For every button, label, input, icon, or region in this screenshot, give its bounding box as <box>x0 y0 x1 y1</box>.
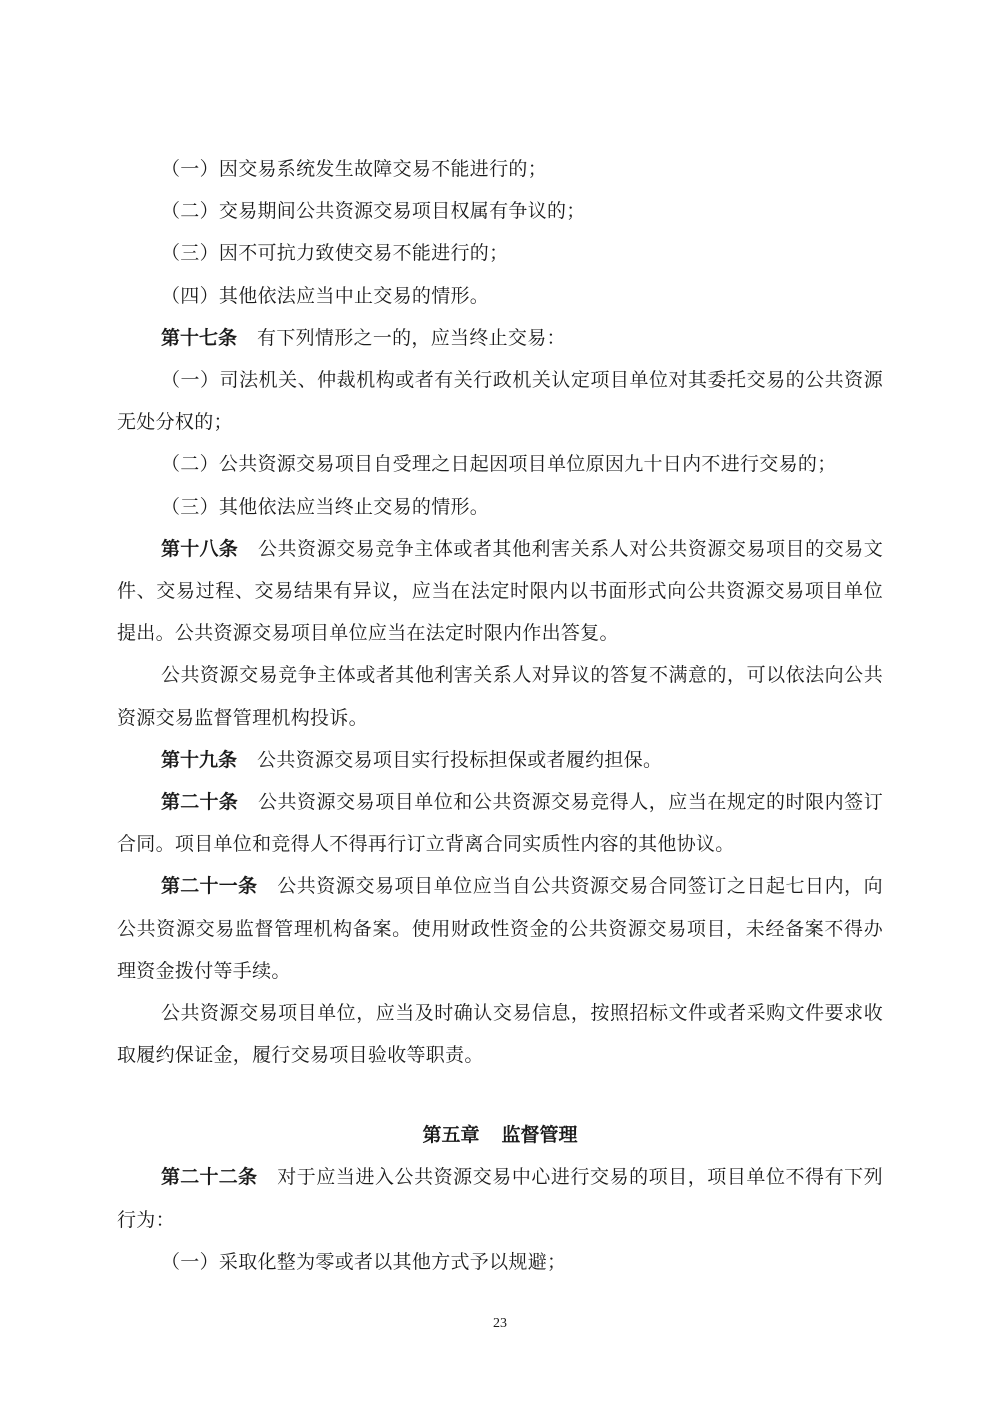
paragraph: （三）其他依法应当终止交易的情形。 <box>117 486 883 528</box>
article-20: 第二十条公共资源交易项目单位和公共资源交易竞得人，应当在规定的时限内签订合同。项… <box>117 781 883 865</box>
paragraph: （四）其他依法应当中止交易的情形。 <box>117 275 883 317</box>
document-page: （一）因交易系统发生故障交易不能进行的； （二）交易期间公共资源交易项目权属有争… <box>117 148 883 1283</box>
article-22: 第二十二条对于应当进入公共资源交易中心进行交易的项目，项目单位不得有下列行为： <box>117 1156 883 1240</box>
article-18: 第十八条公共资源交易竞争主体或者其他利害关系人对公共资源交易项目的交易文件、交易… <box>117 528 883 655</box>
chapter-number: 第五章 <box>422 1124 479 1146</box>
article-heading: 第二十条 <box>161 791 238 813</box>
article-heading: 第十七条 <box>161 327 237 349</box>
paragraph: 公共资源交易项目单位，应当及时确认交易信息，按照招标文件或者采购文件要求收取履约… <box>117 992 883 1076</box>
paragraph: （三）因不可抗力致使交易不能进行的； <box>117 232 883 274</box>
paragraph: 公共资源交易竞争主体或者其他利害关系人对异议的答复不满意的，可以依法向公共资源交… <box>117 654 883 738</box>
article-21: 第二十一条公共资源交易项目单位应当自公共资源交易合同签订之日起七日内，向公共资源… <box>117 865 883 992</box>
paragraph: （一）因交易系统发生故障交易不能进行的； <box>117 148 883 190</box>
article-17: 第十七条有下列情形之一的，应当终止交易： <box>117 317 883 359</box>
chapter-heading: 第五章监督管理 <box>117 1114 883 1156</box>
article-19: 第十九条公共资源交易项目实行投标担保或者履约担保。 <box>117 739 883 781</box>
paragraph: （一）司法机关、仲裁机构或者有关行政机关认定项目单位对其委托交易的公共资源无处分… <box>117 359 883 443</box>
paragraph: （二）交易期间公共资源交易项目权属有争议的； <box>117 190 883 232</box>
paragraph: （一）采取化整为零或者以其他方式予以规避； <box>117 1241 883 1283</box>
page-number: 23 <box>0 1316 1000 1332</box>
article-heading: 第十九条 <box>161 749 237 771</box>
paragraph: （二）公共资源交易项目自受理之日起因项目单位原因九十日内不进行交易的； <box>117 443 883 485</box>
article-heading: 第二十二条 <box>161 1166 257 1188</box>
article-heading: 第二十一条 <box>161 875 257 897</box>
chapter-title: 监督管理 <box>502 1124 578 1146</box>
article-heading: 第十八条 <box>161 538 238 560</box>
